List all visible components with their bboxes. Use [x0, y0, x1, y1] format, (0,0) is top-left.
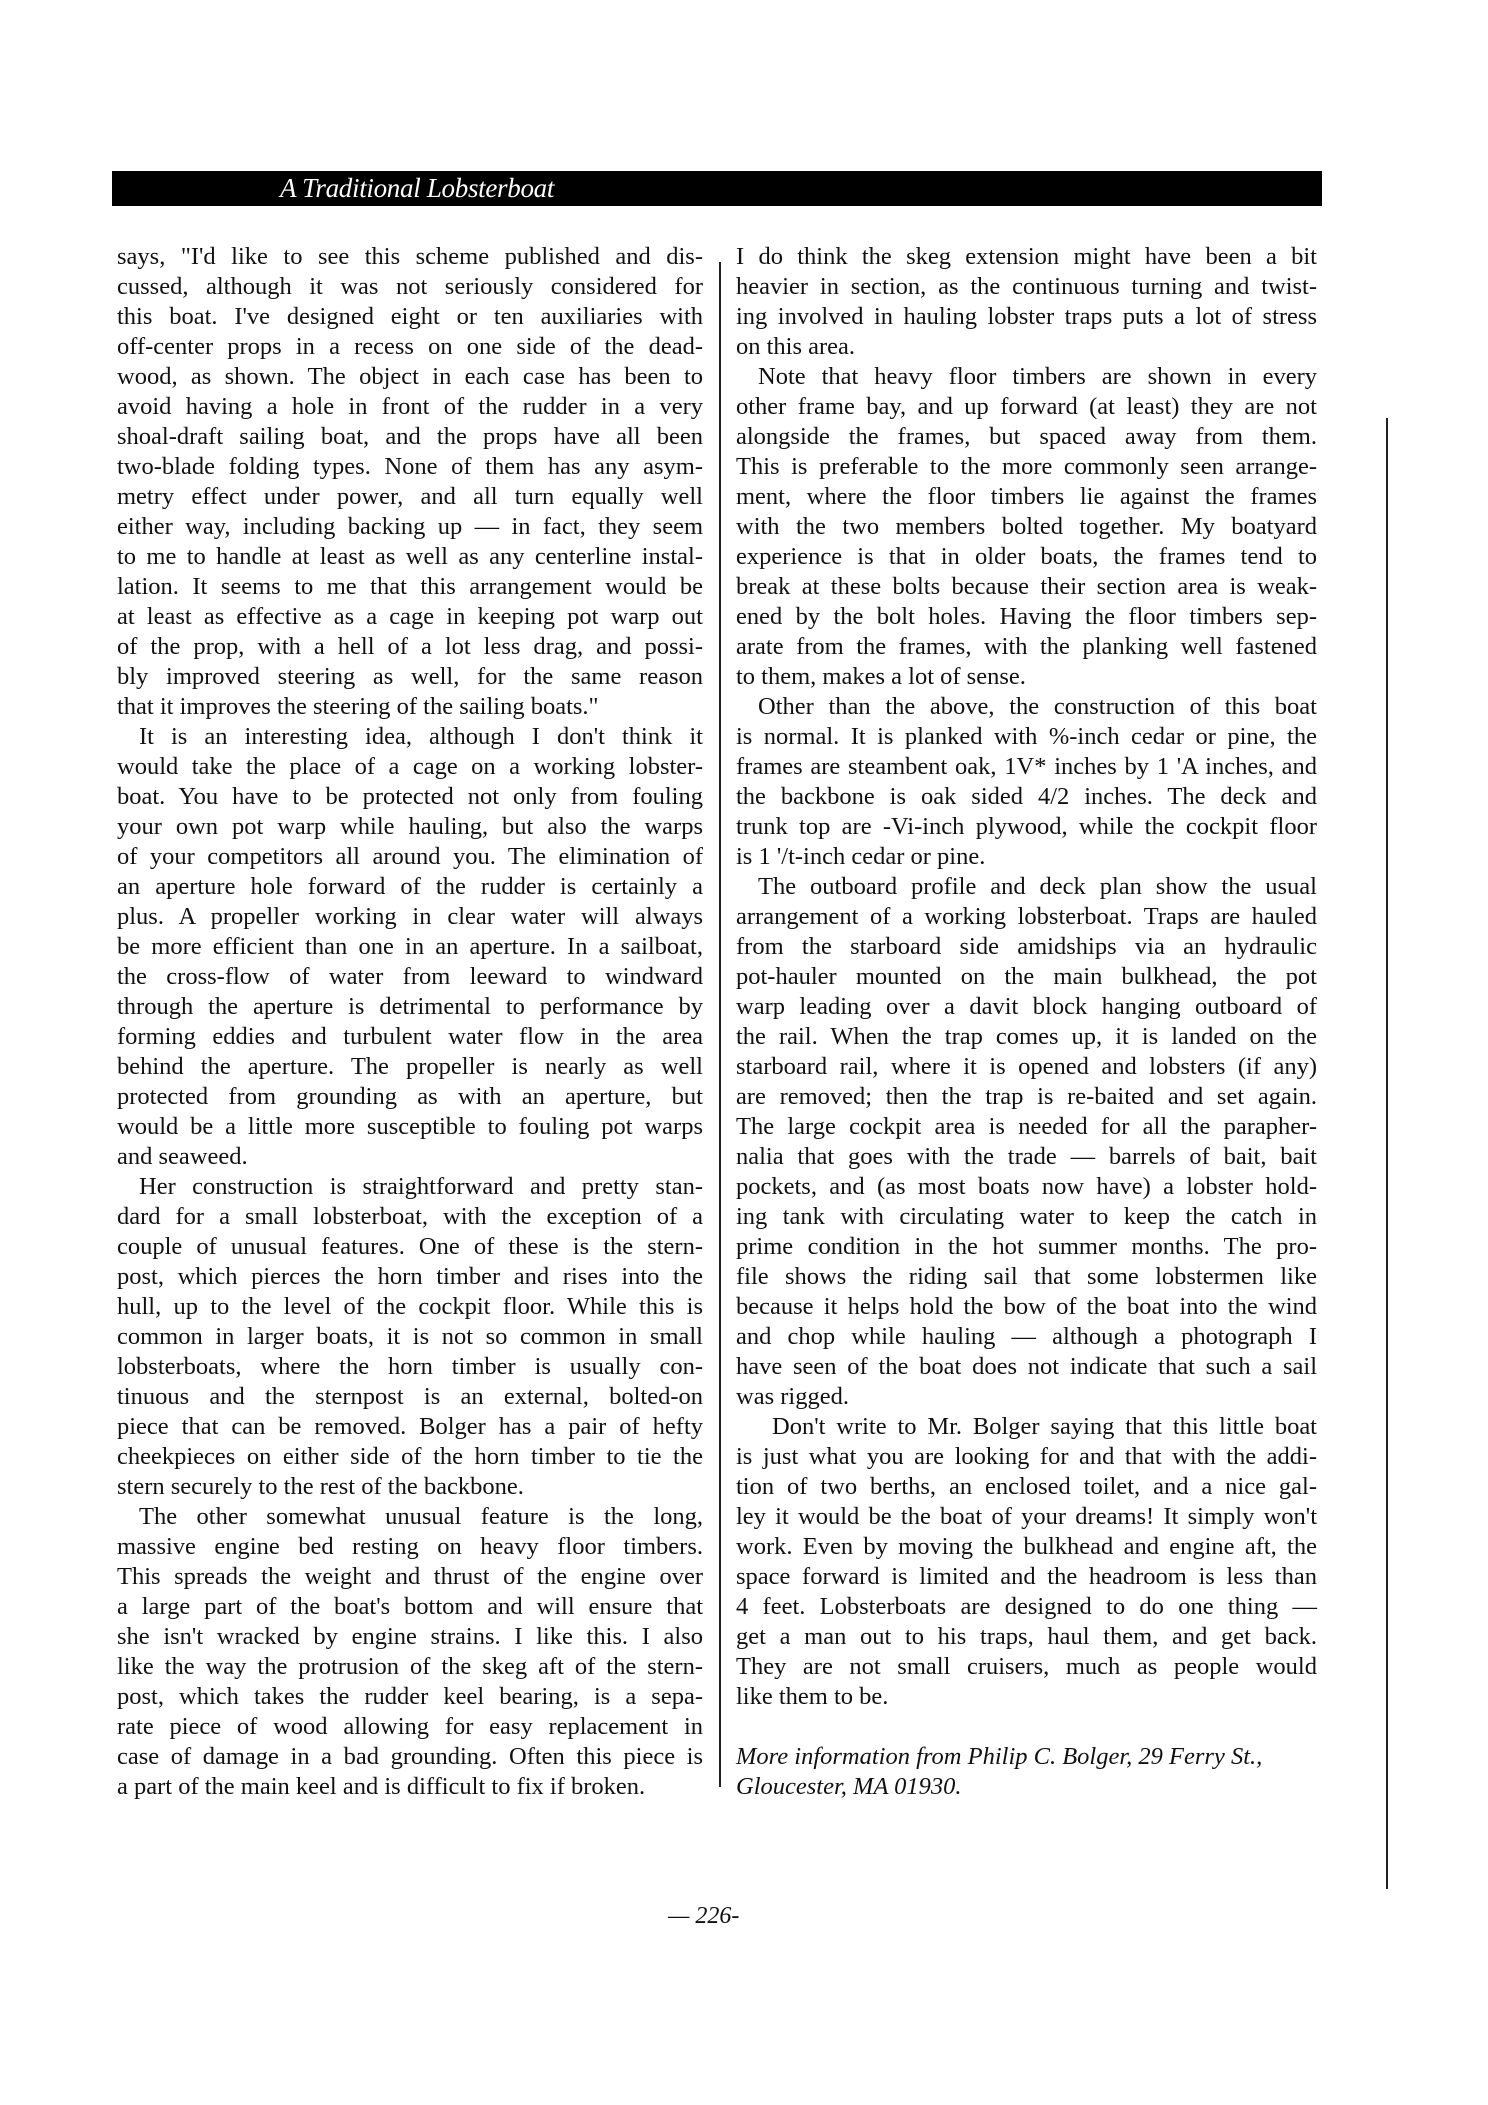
text-line: alongside the frames, but spaced away fr… [736, 422, 1317, 452]
text-line: arate from the frames, with the planking… [736, 632, 1317, 662]
left-column: says, "I'd like to see this scheme publi… [117, 242, 703, 1802]
text-line: your own pot warp while hauling, but als… [117, 812, 703, 842]
text-line: file shows the riding sail that some lob… [736, 1262, 1317, 1292]
text-line: protected from grounding as with an aper… [117, 1082, 703, 1112]
footnote-line: Gloucester, MA 01930. [736, 1772, 1317, 1802]
text-line: she isn't wracked by engine strains. I l… [117, 1622, 703, 1652]
text-line: be more efficient than one in an apertur… [117, 932, 703, 962]
text-line: behind the aperture. The propeller is ne… [117, 1052, 703, 1082]
text-line: The outboard profile and deck plan show … [736, 872, 1317, 902]
text-line: says, "I'd like to see this scheme publi… [117, 242, 703, 272]
text-line: lation. It seems to me that this arrange… [117, 572, 703, 602]
text-line: is normal. It is planked with %-inch ced… [736, 722, 1317, 752]
text-line: of the prop, with a hell of a lot less d… [117, 632, 703, 662]
page-number: — 226- [668, 1903, 739, 1930]
text-line: the backbone is oak sided 4/2 inches. Th… [736, 782, 1317, 812]
text-line: to them, makes a lot of sense. [736, 662, 1317, 692]
margin-rule [1386, 418, 1388, 1889]
text-line: was rigged. [736, 1382, 1317, 1412]
text-line: ing tank with circulating water to keep … [736, 1202, 1317, 1232]
text-line: ing involved in hauling lobster traps pu… [736, 302, 1317, 332]
text-line: on this area. [736, 332, 1317, 362]
text-line: an aperture hole forward of the rudder i… [117, 872, 703, 902]
text-line: cheekpieces on either side of the horn t… [117, 1442, 703, 1472]
text-line: massive engine bed resting on heavy floo… [117, 1532, 703, 1562]
text-line: Note that heavy floor timbers are shown … [736, 362, 1317, 392]
text-line: ley it would be the boat of your dreams!… [736, 1502, 1317, 1532]
text-line: are removed; then the trap is re-baited … [736, 1082, 1317, 1112]
text-line: plus. A propeller working in clear water… [117, 902, 703, 932]
text-line: They are not small cruisers, much as peo… [736, 1652, 1317, 1682]
text-line: avoid having a hole in front of the rudd… [117, 392, 703, 422]
text-line: of your competitors all around you. The … [117, 842, 703, 872]
text-line: the cross-flow of water from leeward to … [117, 962, 703, 992]
text-line: The large cockpit area is needed for all… [736, 1112, 1317, 1142]
text-line: arrangement of a working lobsterboat. Tr… [736, 902, 1317, 932]
text-line: with the two members bolted together. My… [736, 512, 1317, 542]
text-line: would be a little more susceptible to fo… [117, 1112, 703, 1142]
text-line: prime condition in the hot summer months… [736, 1232, 1317, 1262]
running-header-bar: A Traditional Lobsterboat [112, 171, 1322, 206]
text-line: other frame bay, and up forward (at leas… [736, 392, 1317, 422]
text-line: forming eddies and turbulent water flow … [117, 1022, 703, 1052]
text-line: off-center props in a recess on one side… [117, 332, 703, 362]
text-line [736, 1712, 1317, 1742]
text-line: It is an interesting idea, although I do… [117, 722, 703, 752]
text-line: Other than the above, the construction o… [736, 692, 1317, 722]
text-line: ment, where the floor timbers lie agains… [736, 482, 1317, 512]
text-line: This spreads the weight and thrust of th… [117, 1562, 703, 1592]
text-line: case of damage in a bad grounding. Often… [117, 1742, 703, 1772]
text-line: work. Even by moving the bulkhead and en… [736, 1532, 1317, 1562]
text-line: would take the place of a cage on a work… [117, 752, 703, 782]
text-line: Her construction is straightforward and … [117, 1172, 703, 1202]
text-line: and seaweed. [117, 1142, 703, 1172]
text-line: a large part of the boat's bottom and wi… [117, 1592, 703, 1622]
text-line: at least as effective as a cage in keepi… [117, 602, 703, 632]
text-line: tion of two berths, an enclosed toilet, … [736, 1472, 1317, 1502]
text-line: hull, up to the level of the cockpit flo… [117, 1292, 703, 1322]
text-line: warp leading over a davit block hanging … [736, 992, 1317, 1022]
text-line: pot-hauler mounted on the main bulkhead,… [736, 962, 1317, 992]
text-line: bly improved steering as well, for the s… [117, 662, 703, 692]
text-line: boat. You have to be protected not only … [117, 782, 703, 812]
text-line: heavier in section, as the continuous tu… [736, 272, 1317, 302]
text-line: post, which pierces the horn timber and … [117, 1262, 703, 1292]
text-line: frames are steambent oak, 1V* inches by … [736, 752, 1317, 782]
text-line: Don't write to Mr. Bolger saying that th… [736, 1412, 1317, 1442]
right-column: I do think the skeg extension might have… [736, 242, 1317, 1802]
text-line: piece that can be removed. Bolger has a … [117, 1412, 703, 1442]
text-line: through the aperture is detrimental to p… [117, 992, 703, 1022]
text-line: is 1 '/t-inch cedar or pine. [736, 842, 1317, 872]
text-line: two-blade folding types. None of them ha… [117, 452, 703, 482]
running-header-title: A Traditional Lobsterboat [280, 171, 554, 206]
footnote-line: More information from Philip C. Bolger, … [736, 1742, 1317, 1772]
text-line: from the starboard side amidships via an… [736, 932, 1317, 962]
text-line: like them to be. [736, 1682, 1317, 1712]
text-line: because it helps hold the bow of the boa… [736, 1292, 1317, 1322]
text-line: like the way the protrusion of the skeg … [117, 1652, 703, 1682]
text-line: The other somewhat unusual feature is th… [117, 1502, 703, 1532]
text-line: 4 feet. Lobsterboats are designed to do … [736, 1592, 1317, 1622]
text-line: couple of unusual features. One of these… [117, 1232, 703, 1262]
text-line: to me to handle at least as well as any … [117, 542, 703, 572]
text-line: that it improves the steering of the sai… [117, 692, 703, 722]
text-line: have seen of the boat does not indicate … [736, 1352, 1317, 1382]
text-line: tinuous and the sternpost is an external… [117, 1382, 703, 1412]
text-line: post, which takes the rudder keel bearin… [117, 1682, 703, 1712]
text-line: shoal-draft sailing boat, and the props … [117, 422, 703, 452]
text-line: starboard rail, where it is opened and l… [736, 1052, 1317, 1082]
text-line: a part of the main keel and is difficult… [117, 1772, 703, 1802]
text-line: and chop while hauling — although a phot… [736, 1322, 1317, 1352]
text-line: the rail. When the trap comes up, it is … [736, 1022, 1317, 1052]
column-divider [719, 262, 721, 1787]
text-line: this boat. I've designed eight or ten au… [117, 302, 703, 332]
text-line: pockets, and (as most boats now have) a … [736, 1172, 1317, 1202]
text-line: ened by the bolt holes. Having the floor… [736, 602, 1317, 632]
text-line: break at these bolts because their secti… [736, 572, 1317, 602]
text-line: space forward is limited and the headroo… [736, 1562, 1317, 1592]
text-line: lobsterboats, where the horn timber is u… [117, 1352, 703, 1382]
text-line: stern securely to the rest of the backbo… [117, 1472, 703, 1502]
text-line: either way, including backing up — in fa… [117, 512, 703, 542]
text-line: common in larger boats, it is not so com… [117, 1322, 703, 1352]
text-line: trunk top are -Vi-inch plywood, while th… [736, 812, 1317, 842]
text-line: nalia that goes with the trade — barrels… [736, 1142, 1317, 1172]
text-line: get a man out to his traps, haul them, a… [736, 1622, 1317, 1652]
text-line: dard for a small lobsterboat, with the e… [117, 1202, 703, 1232]
text-line: I do think the skeg extension might have… [736, 242, 1317, 272]
text-line: cussed, although it was not seriously co… [117, 272, 703, 302]
text-line: is just what you are looking for and tha… [736, 1442, 1317, 1472]
text-line: metry effect under power, and all turn e… [117, 482, 703, 512]
text-line: wood, as shown. The object in each case … [117, 362, 703, 392]
text-line: rate piece of wood allowing for easy rep… [117, 1712, 703, 1742]
text-line: experience is that in older boats, the f… [736, 542, 1317, 572]
text-line: This is preferable to the more commonly … [736, 452, 1317, 482]
